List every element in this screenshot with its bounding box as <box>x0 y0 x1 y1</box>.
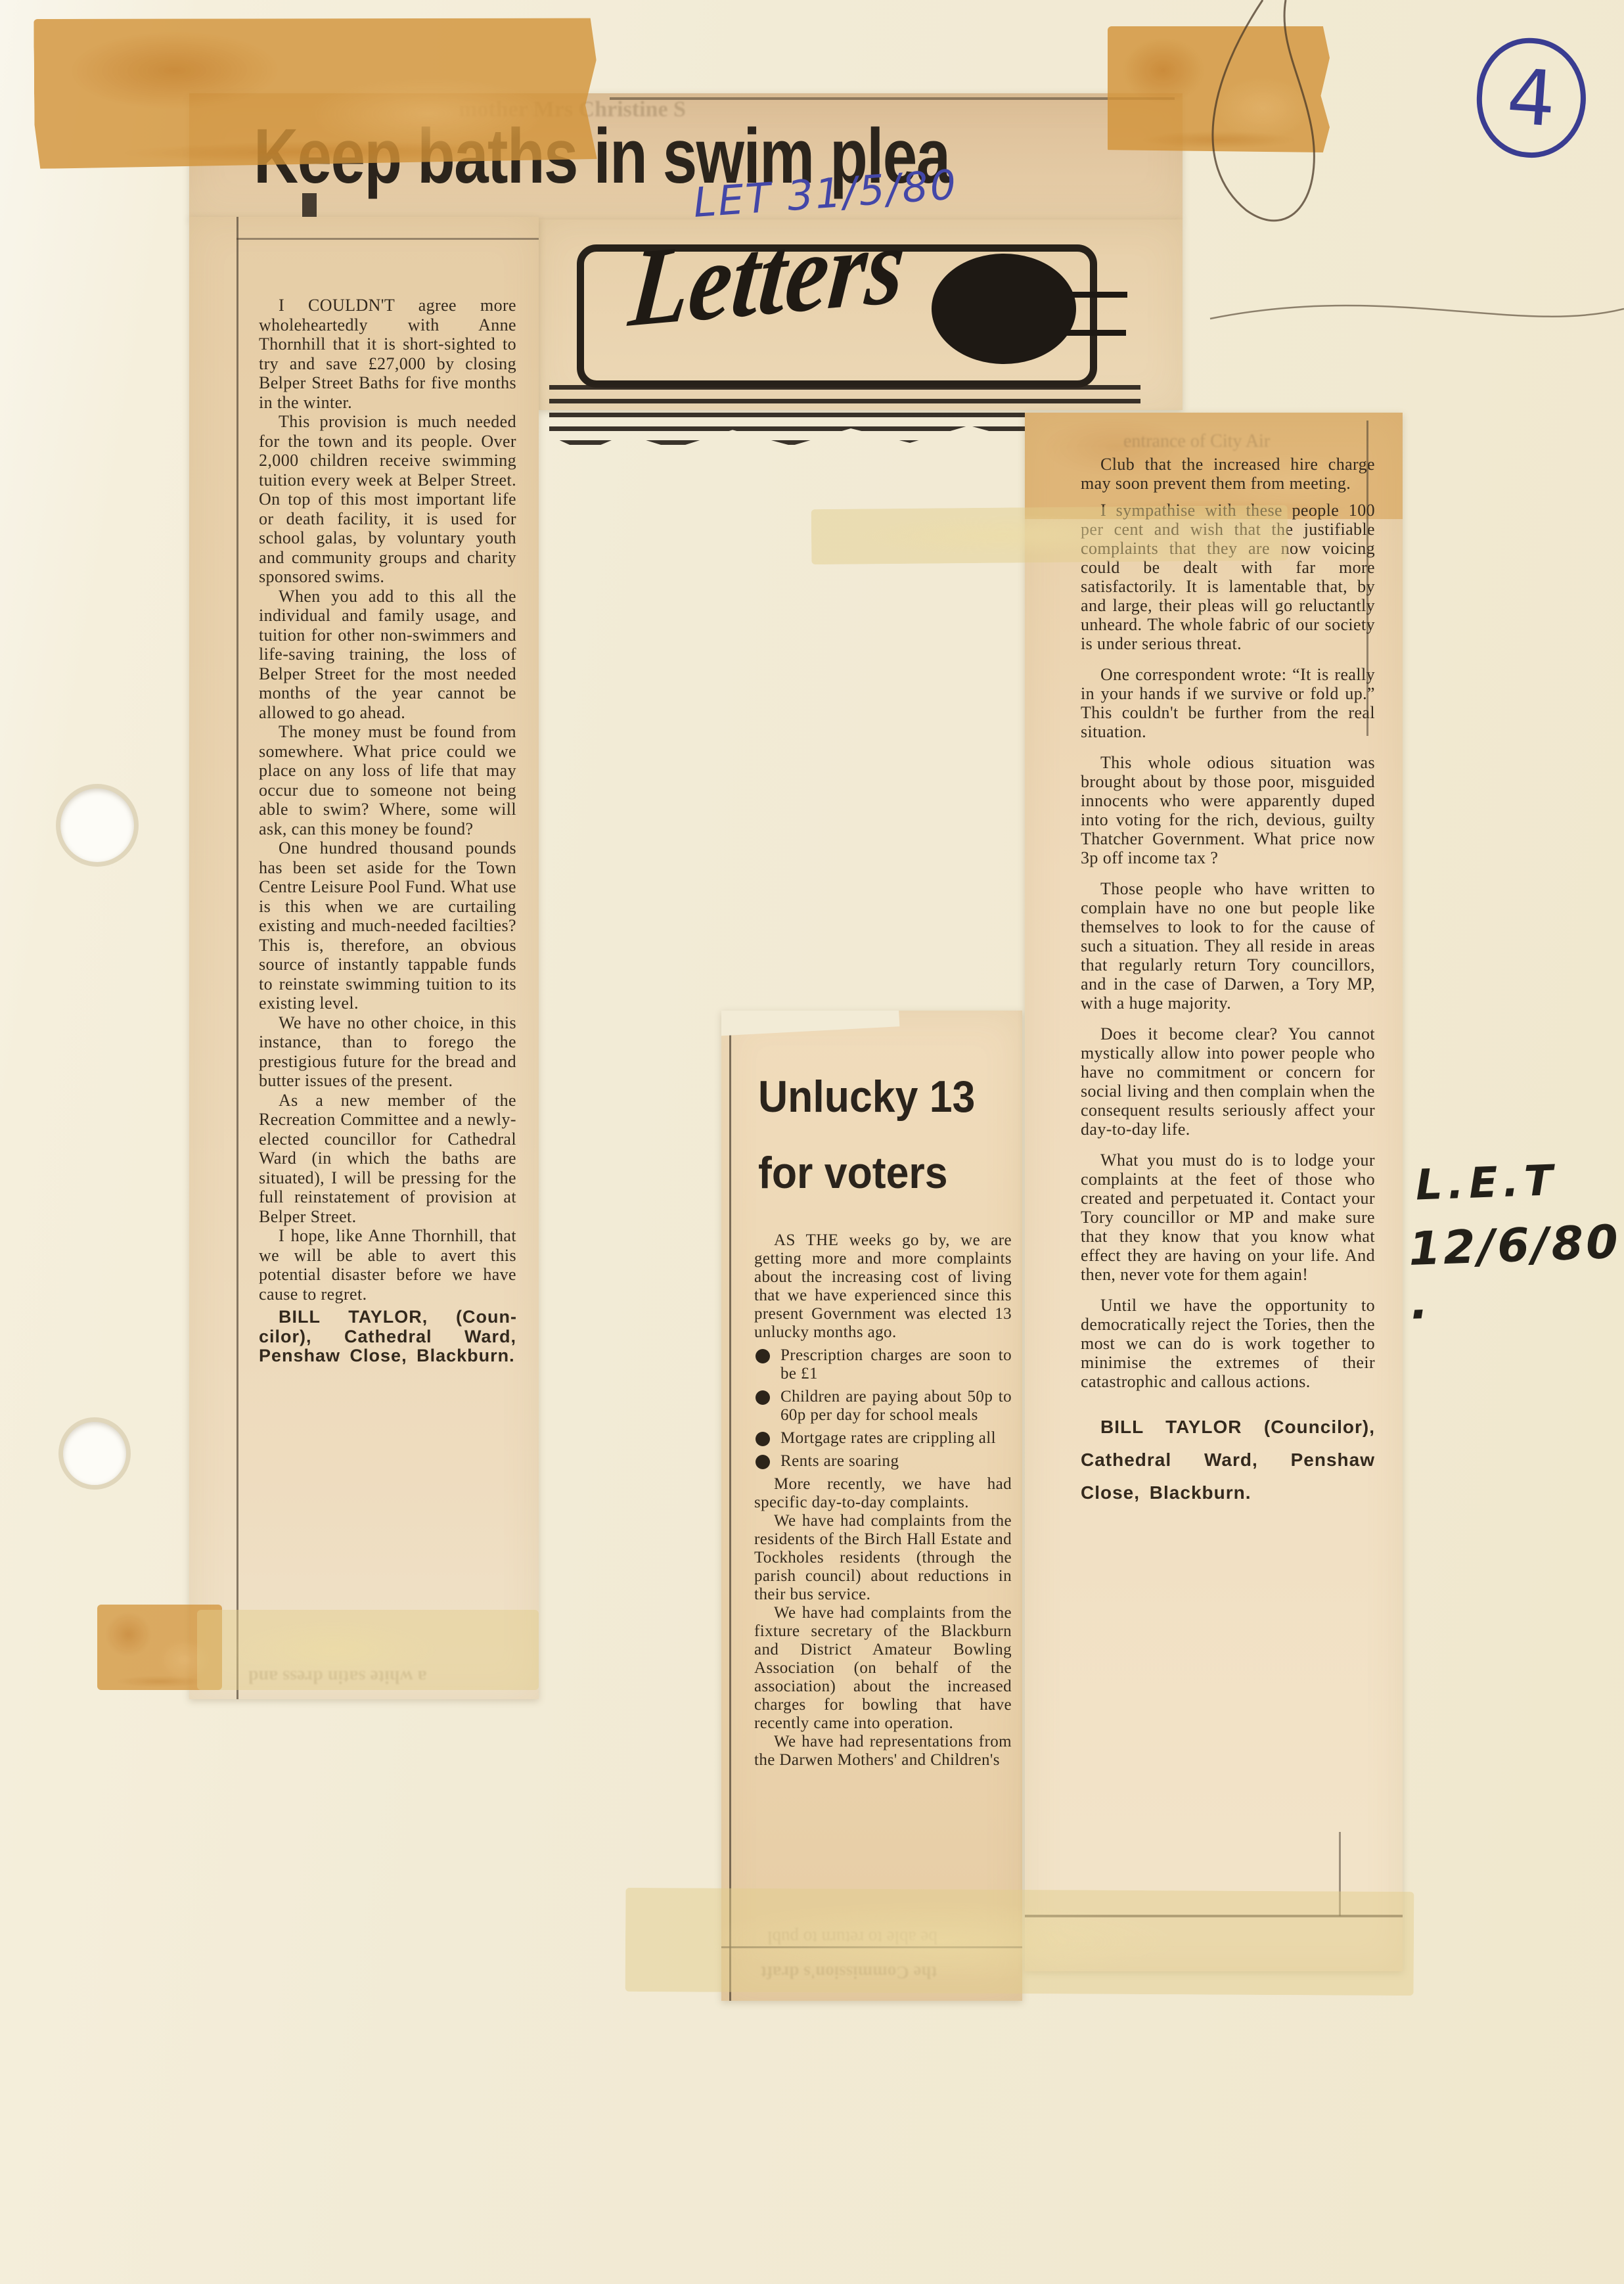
bullet-text: Rents are soaring <box>780 1452 1012 1471</box>
hole-punch <box>63 1422 126 1485</box>
tape-strip <box>197 1610 539 1690</box>
letters-logo-text: Letters <box>625 201 910 354</box>
bullet-item: Children are paying about 50p to 60p per… <box>754 1388 1012 1425</box>
letters-logo-dot-icon <box>932 254 1076 364</box>
clipping-unlucky13: Unlucky 13 for voters AS THE weeks go by… <box>721 1011 1022 2001</box>
printed-rule <box>1366 421 1368 736</box>
column-rule <box>237 217 238 1699</box>
handwritten-index-note: L.E.T 12/6/80 . <box>1415 1154 1624 1330</box>
article-paragraph: More recently, we have had specific day-… <box>754 1475 1012 1512</box>
bullet-icon <box>756 1455 770 1469</box>
bullet-text: Mortgage rates are crippling all <box>780 1429 1012 1448</box>
article-paragraph: Until we have the opportunity to democra… <box>1081 1296 1375 1391</box>
bullet-text: Children are paying about 50p to 60p per… <box>780 1388 1012 1425</box>
article-paragraph: I hope, like Anne Thornhill, that we wil… <box>259 1226 516 1304</box>
article-paragraph: As a new member of the Recreation Commit… <box>259 1091 516 1227</box>
clipping-letters-logo: Letters <box>537 219 1183 410</box>
article-paragraph: This provision is much needed for the to… <box>259 412 516 587</box>
clipping-left-column: I COULDN'T agree more wholeheartedly wit… <box>189 217 539 1699</box>
column-rule <box>729 1011 731 2001</box>
clipping-right-column: entrance of City Air Club that the incre… <box>1025 413 1403 1971</box>
article-paragraph: We have had complaints from the resident… <box>754 1512 1012 1604</box>
scrapbook-page: mother Mrs Christine S Keep baths in swi… <box>0 0 1624 2284</box>
bullet-item: Mortgage rates are crippling all <box>754 1429 1012 1448</box>
bullet-item: Prescription charges are soon to be £1 <box>754 1346 1012 1383</box>
note-line: 12/6/80 . <box>1408 1215 1624 1330</box>
page-number: 4 <box>1504 52 1558 144</box>
bullet-item: Rents are soaring <box>754 1452 1012 1471</box>
note-line: L.E.T <box>1415 1154 1623 1210</box>
printed-rule <box>610 97 1175 100</box>
article-paragraph: We have had representations from the Dar… <box>754 1733 1012 1770</box>
article-paragraph: When you add to this all the individual … <box>259 587 516 723</box>
bullet-icon <box>756 1349 770 1363</box>
article-unlucky13: AS THE weeks go by, we are getting more … <box>754 1231 1012 1770</box>
tape-strip <box>811 505 1288 564</box>
article-keep-baths: I COULDN'T agree more wholeheartedly wit… <box>259 296 516 1366</box>
article-paragraph: One correspondent wrote: “It is really i… <box>1081 665 1375 741</box>
letter-signature: BILL TAYLOR, (Coun­cilor), Cathedral War… <box>259 1308 516 1366</box>
article-paragraph: We have no other choice, in this instanc… <box>259 1013 516 1091</box>
article-paragraph: I COULDN'T agree more wholeheartedly wit… <box>259 296 516 412</box>
tape-strip <box>34 15 597 169</box>
article-paragraph: The money must be found from somewhere. … <box>259 722 516 838</box>
hole-punch <box>60 788 134 862</box>
article-paragraph: AS THE weeks go by, we are getting more … <box>754 1231 1012 1342</box>
article-paragraph: We have had complaints from the fixture … <box>754 1604 1012 1733</box>
ghost-text: entrance of City Air <box>1123 431 1270 452</box>
bullet-icon <box>756 1432 770 1446</box>
article-right-letter: Club that the increased hire charge may … <box>1081 455 1375 1517</box>
article-paragraph: Club that the increased hire charge may … <box>1081 455 1375 493</box>
article-headline: for voters <box>758 1147 948 1199</box>
article-paragraph: This whole odious situation was brought … <box>1081 753 1375 867</box>
printed-rule <box>237 238 539 240</box>
bullet-text: Prescription charges are soon to be £1 <box>780 1346 1012 1383</box>
printers-mark <box>302 193 317 217</box>
article-paragraph: What you must do is to lodge your compla… <box>1081 1151 1375 1284</box>
article-paragraph: Does it become clear? You cannot mystica… <box>1081 1024 1375 1139</box>
article-paragraph: One hundred thousand pounds has been set… <box>259 838 516 1013</box>
letter-signature: BILL TAYLOR (Coun­cilor), Cathedral Ward… <box>1081 1411 1375 1509</box>
bullet-icon <box>756 1390 770 1405</box>
tape-strip <box>625 1888 1414 1996</box>
article-paragraph: Those people who have written to complai… <box>1081 879 1375 1013</box>
article-headline: Unlucky 13 <box>758 1071 975 1122</box>
torn-corner <box>721 1011 899 1037</box>
